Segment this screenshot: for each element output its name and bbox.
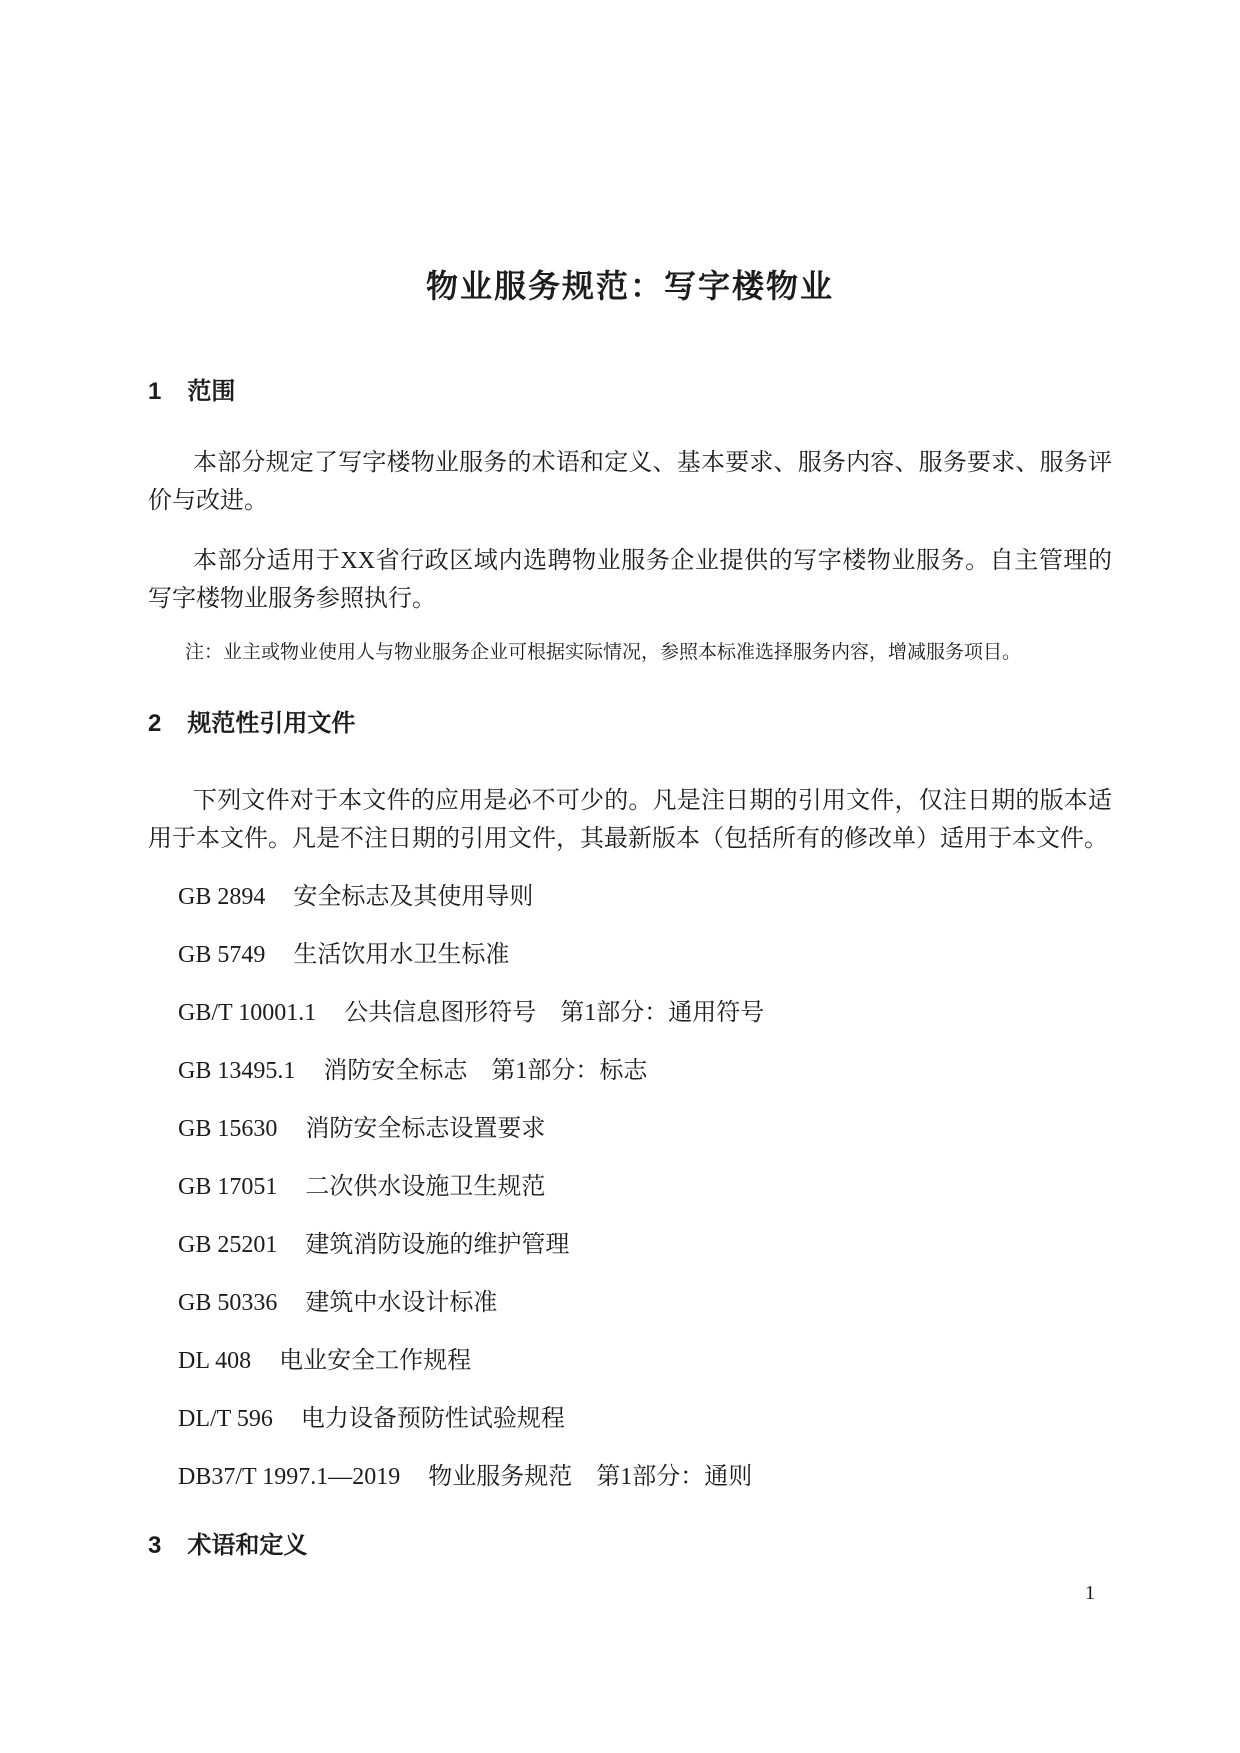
reference-name: 电业安全工作规程 bbox=[279, 1348, 471, 1374]
reference-item: DL/T 596电力设备预防性试验规程 bbox=[148, 1400, 1112, 1438]
reference-item: GB 13495.1消防安全标志 第1部分：标志 bbox=[148, 1052, 1112, 1090]
reference-code: GB 13495.1 bbox=[178, 1052, 295, 1090]
reference-item: GB 17051二次供水设施卫生规范 bbox=[148, 1168, 1112, 1206]
reference-item: GB/T 10001.1公共信息图形符号 第1部分：通用符号 bbox=[148, 994, 1112, 1032]
reference-code: GB 2894 bbox=[178, 878, 265, 916]
reference-item: GB 25201建筑消防设施的维护管理 bbox=[148, 1226, 1112, 1264]
document-title: 物业服务规范：写字楼物业 bbox=[148, 0, 1112, 306]
reference-code: GB 17051 bbox=[178, 1168, 277, 1206]
section-2-heading: 2规范性引用文件 bbox=[148, 710, 1112, 738]
reference-code: DL/T 596 bbox=[178, 1400, 273, 1438]
reference-item: DB37/T 1997.1—2019物业服务规范 第1部分：通则 bbox=[148, 1458, 1112, 1496]
reference-item: GB 50336建筑中水设计标准 bbox=[148, 1284, 1112, 1322]
section-2-number: 2 bbox=[148, 710, 161, 738]
reference-name: 消防安全标志 第1部分：标志 bbox=[323, 1058, 647, 1084]
reference-item: DL 408电业安全工作规程 bbox=[148, 1342, 1112, 1380]
reference-code: DL 408 bbox=[178, 1342, 251, 1380]
reference-item: GB 15630消防安全标志设置要求 bbox=[148, 1110, 1112, 1148]
reference-code: GB/T 10001.1 bbox=[178, 994, 316, 1032]
reference-name: 物业服务规范 第1部分：通则 bbox=[428, 1464, 752, 1490]
reference-code: GB 25201 bbox=[178, 1226, 277, 1264]
section-1-paragraph-1: 本部分规定了写字楼物业服务的术语和定义、基本要求、服务内容、服务要求、服务评价与… bbox=[148, 444, 1112, 520]
references-list: GB 2894安全标志及其使用导则 GB 5749生活饮用水卫生标准 GB/T … bbox=[148, 878, 1112, 1496]
reference-item: GB 2894安全标志及其使用导则 bbox=[148, 878, 1112, 916]
section-1-paragraph-2: 本部分适用于XX省行政区域内选聘物业服务企业提供的写字楼物业服务。自主管理的写字… bbox=[148, 542, 1112, 618]
section-1-title: 范围 bbox=[187, 378, 235, 405]
reference-name: 二次供水设施卫生规范 bbox=[305, 1174, 545, 1200]
reference-code: DB37/T 1997.1—2019 bbox=[178, 1458, 400, 1496]
section-1-note: 注：业主或物业使用人与物业服务企业可根据实际情况，参照本标准选择服务内容，增减服… bbox=[148, 638, 1112, 668]
reference-item: GB 5749生活饮用水卫生标准 bbox=[148, 936, 1112, 974]
reference-name: 安全标志及其使用导则 bbox=[293, 884, 533, 910]
reference-name: 消防安全标志设置要求 bbox=[305, 1116, 545, 1142]
section-3-heading: 3术语和定义 bbox=[148, 1532, 1112, 1560]
reference-name: 建筑消防设施的维护管理 bbox=[305, 1232, 569, 1258]
section-1-heading: 1范围 bbox=[148, 378, 1112, 406]
section-2-title: 规范性引用文件 bbox=[187, 710, 355, 737]
section-3-title: 术语和定义 bbox=[187, 1532, 307, 1559]
section-3-number: 3 bbox=[148, 1532, 161, 1560]
reference-name: 生活饮用水卫生标准 bbox=[293, 942, 509, 968]
section-2-paragraph-1: 下列文件对于本文件的应用是必不可少的。凡是注日期的引用文件，仅注日期的版本适用于… bbox=[148, 782, 1112, 858]
document-content: 物业服务规范：写字楼物业 1范围 本部分规定了写字楼物业服务的术语和定义、基本要… bbox=[0, 0, 1240, 1560]
document-page: 物业服务规范：写字楼物业 1范围 本部分规定了写字楼物业服务的术语和定义、基本要… bbox=[0, 0, 1240, 1753]
reference-name: 电力设备预防性试验规程 bbox=[301, 1406, 565, 1432]
page-number: 1 bbox=[1085, 1581, 1095, 1605]
reference-name: 建筑中水设计标准 bbox=[305, 1290, 497, 1316]
reference-code: GB 15630 bbox=[178, 1110, 277, 1148]
section-1-number: 1 bbox=[148, 378, 161, 406]
reference-code: GB 5749 bbox=[178, 936, 265, 974]
reference-name: 公共信息图形符号 第1部分：通用符号 bbox=[344, 1000, 764, 1026]
reference-code: GB 50336 bbox=[178, 1284, 277, 1322]
